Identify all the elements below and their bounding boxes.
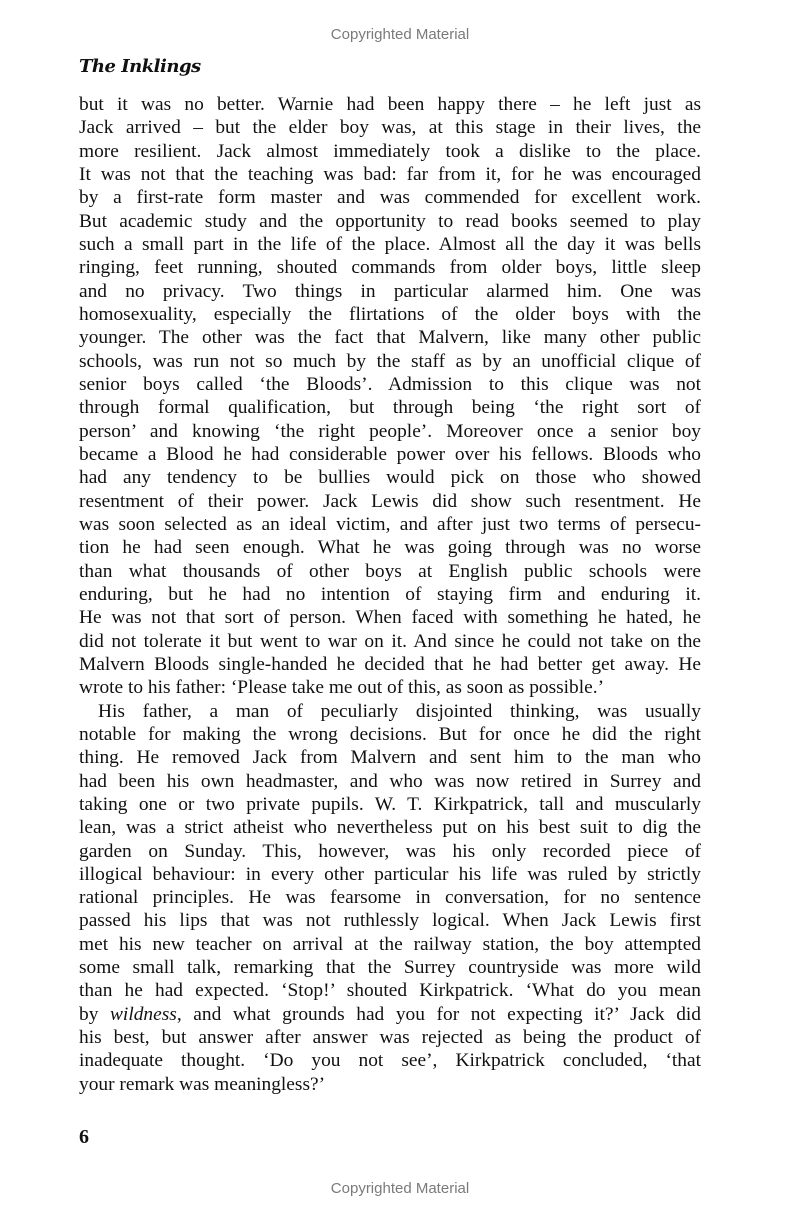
text-line: than he had expected. ‘Stop!’ shouted Ki…: [79, 979, 701, 1002]
text-line: through formal qualification, but throug…: [79, 396, 701, 419]
text-line: met his new teacher on arrival at the ra…: [79, 933, 701, 956]
text-line: enduring, but he had no intention of sta…: [79, 583, 701, 606]
text-line-paragraph-end: your remark was meaningless?’: [79, 1073, 701, 1096]
text-line: taking one or two private pupils. W. T. …: [79, 793, 701, 816]
text-line: It was not that the teaching was bad: fa…: [79, 163, 701, 186]
text-line: had any tendency to be bullies would pic…: [79, 466, 701, 489]
text-line: Malvern Bloods single-handed he decided …: [79, 653, 701, 676]
text-line: He was not that sort of person. When fac…: [79, 606, 701, 629]
text-line: had been his own headmaster, and who was…: [79, 770, 701, 793]
text-line: illogical behaviour: in every other part…: [79, 863, 701, 886]
text-line: his best, but answer after answer was re…: [79, 1026, 701, 1049]
text-segment: by: [79, 1004, 110, 1025]
text-line-paragraph-start: His father, a man of peculiarly disjoint…: [79, 700, 701, 723]
text-line: some small talk, remarking that the Surr…: [79, 956, 701, 979]
text-line: thing. He removed Jack from Malvern and …: [79, 746, 701, 769]
text-line: but it was no better. Warnie had been ha…: [79, 93, 701, 116]
body-text: but it was no better. Warnie had been ha…: [79, 93, 701, 1096]
text-line: passed his lips that was not ruthlessly …: [79, 909, 701, 932]
text-line: Jack arrived – but the elder boy was, at…: [79, 116, 701, 139]
paragraph-1: but it was no better. Warnie had been ha…: [79, 93, 701, 700]
text-line: garden on Sunday. This, however, was his…: [79, 840, 701, 863]
text-line: senior boys called ‘the Bloods’. Admissi…: [79, 373, 701, 396]
running-head-title: The Inklings: [79, 56, 201, 77]
text-segment: , and what grounds had you for not expec…: [177, 1004, 701, 1025]
text-line: But academic study and the opportunity t…: [79, 210, 701, 233]
text-line: ringing, feet running, shouted commands …: [79, 256, 701, 279]
text-line: more resilient. Jack almost immediately …: [79, 140, 701, 163]
text-line: homosexuality, especially the flirtation…: [79, 303, 701, 326]
text-line: became a Blood he had considerable power…: [79, 443, 701, 466]
text-line-paragraph-end: wrote to his father: ‘Please take me out…: [79, 676, 701, 699]
text-line: was soon selected as an ideal victim, an…: [79, 513, 701, 536]
copyright-watermark-bottom: Copyrighted Material: [0, 1180, 800, 1197]
paragraph-2: His father, a man of peculiarly disjoint…: [79, 700, 701, 1097]
text-line: lean, was a strict atheist who neverthel…: [79, 816, 701, 839]
text-line: did not tolerate it but went to war on i…: [79, 630, 701, 653]
text-line: and no privacy. Two things in particular…: [79, 280, 701, 303]
text-line: person’ and knowing ‘the right people’. …: [79, 420, 701, 443]
text-line: notable for making the wrong decisions. …: [79, 723, 701, 746]
text-line: than what thousands of other boys at Eng…: [79, 560, 701, 583]
text-line: younger. The other was the fact that Mal…: [79, 326, 701, 349]
text-line-with-italic: by wildness, and what grounds had you fo…: [79, 1003, 701, 1026]
text-line: such a small part in the life of the pla…: [79, 233, 701, 256]
text-line: schools, was run not so much by the staf…: [79, 350, 701, 373]
page-number: 6: [79, 1126, 89, 1149]
italic-word: wildness: [110, 1004, 177, 1025]
text-line: by a first-rate form master and was comm…: [79, 186, 701, 209]
copyright-watermark-top: Copyrighted Material: [0, 26, 800, 43]
text-line: rational principles. He was fearsome in …: [79, 886, 701, 909]
text-line: inadequate thought. ‘Do you not see’, Ki…: [79, 1049, 701, 1072]
text-line: tion he had seen enough. What he was goi…: [79, 536, 701, 559]
text-line: resentment of their power. Jack Lewis di…: [79, 490, 701, 513]
